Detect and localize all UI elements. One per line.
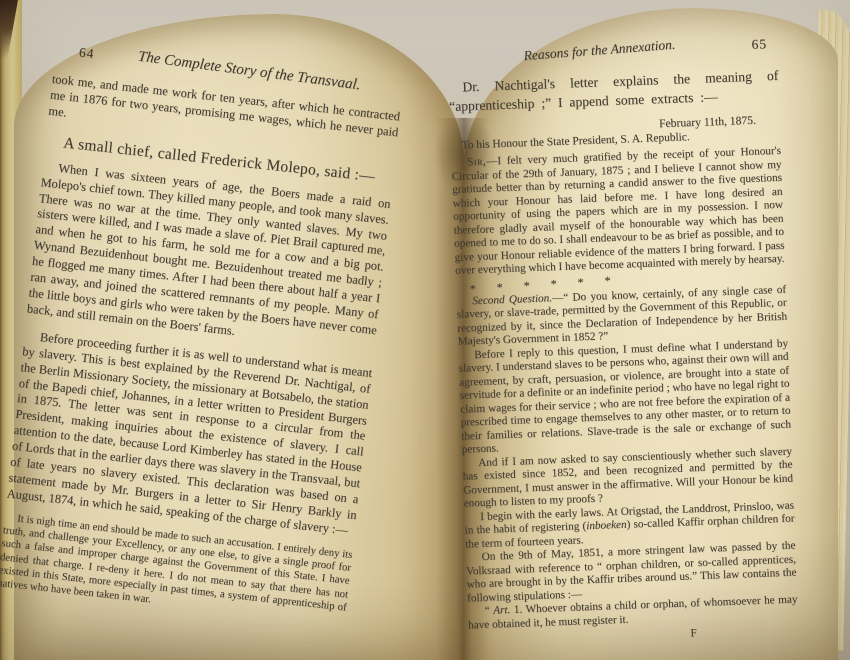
left-page-text: 64 The Complete Story of the Transvaal. … — [0, 42, 404, 628]
right-page-text: Reasons for the Annexation. 65 Dr. Nacht… — [447, 36, 799, 649]
definition-paragraph: Before I reply to this question, I must … — [458, 337, 792, 457]
body-paragraph-2: Before proceeding further it is as well … — [6, 328, 373, 540]
early-laws-italic: inboeken — [586, 519, 627, 532]
left-page-number: 64 — [78, 45, 95, 63]
body-paragraph-1: When I was sixteen years of age, the Boe… — [26, 159, 391, 355]
letter-paragraph: Sir,—I felt very much gratified by the r… — [451, 145, 785, 279]
intro-paragraph: Dr. Nachtigal's letter explains the mean… — [448, 67, 779, 116]
right-page-number: 65 — [751, 36, 767, 53]
letter-lead: Sir, — [467, 156, 486, 169]
book-photo: 64 The Complete Story of the Transvaal. … — [0, 0, 850, 660]
letter-body: —I felt very much gratified by the recei… — [451, 145, 784, 277]
article-lead: “ Art. — [483, 604, 510, 617]
